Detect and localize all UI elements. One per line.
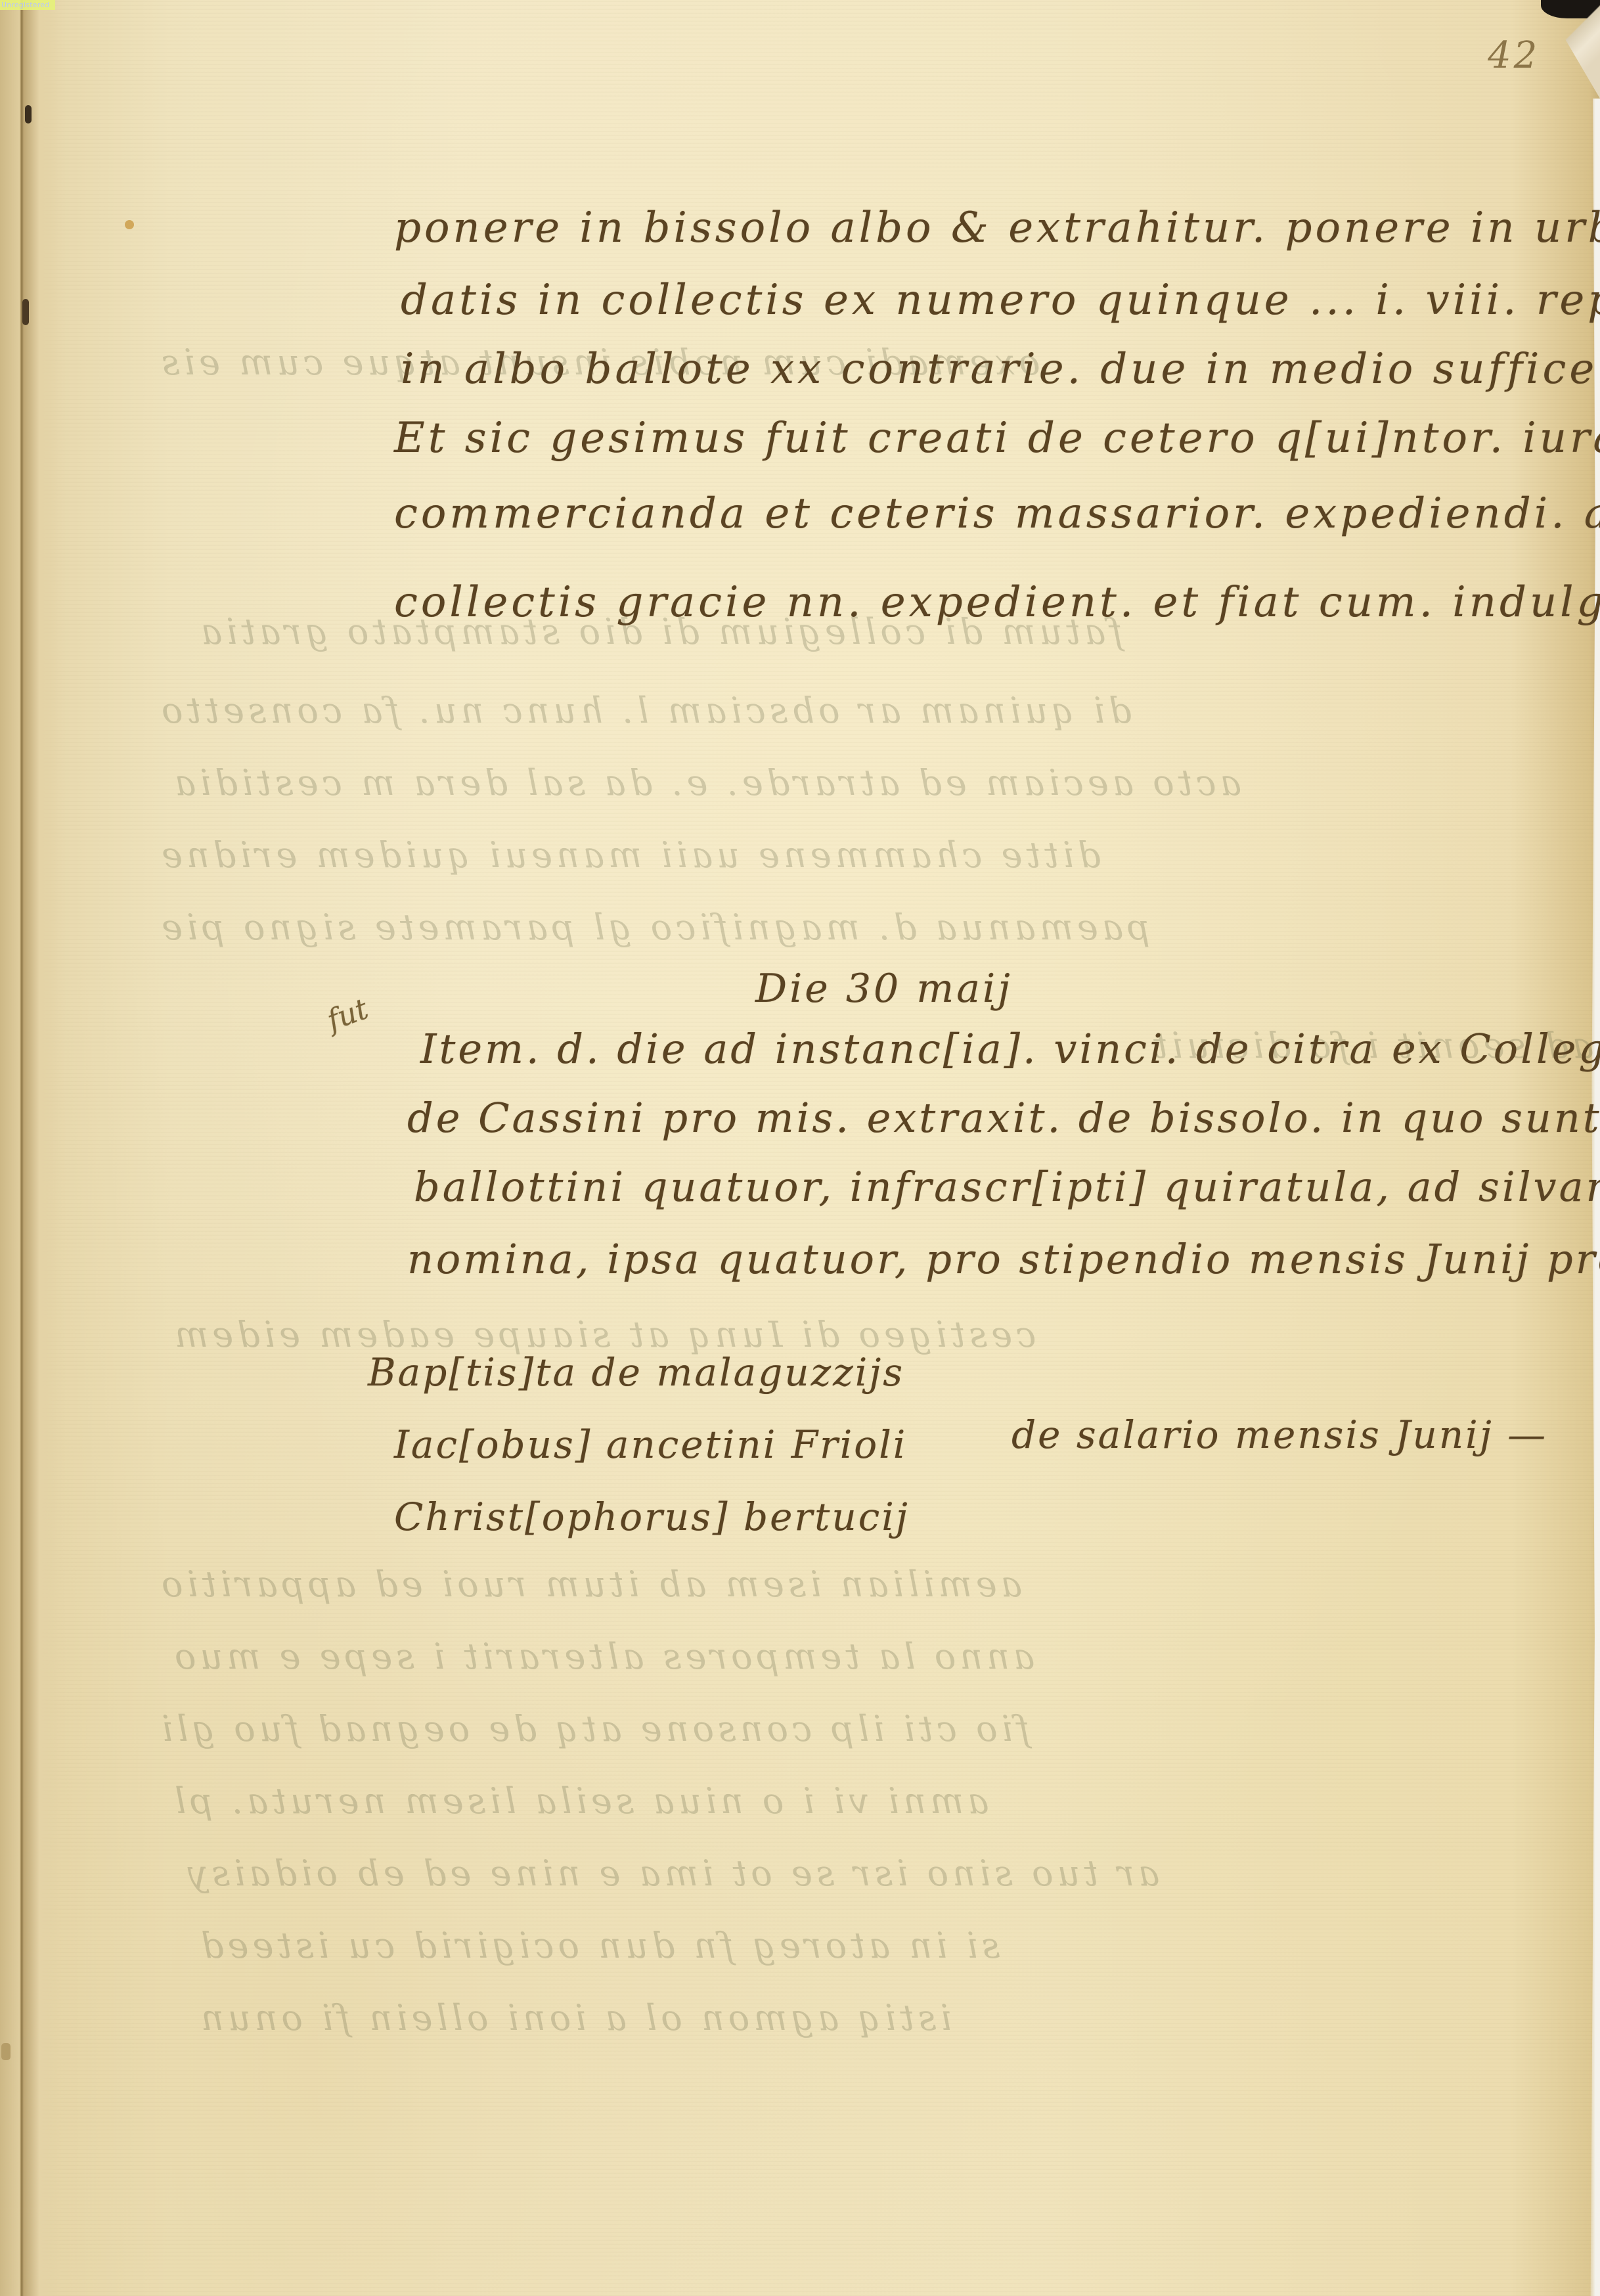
binding-stitch xyxy=(1,2043,11,2060)
binding-stitch xyxy=(22,299,29,325)
bleed-line: ar tuo sino isr se ot ima e nine ed eb o… xyxy=(184,1853,1159,1894)
ink-stain xyxy=(125,220,134,229)
date-heading: Die 30 maij xyxy=(755,966,1013,1012)
manuscript-line: de Cassini pro mis. extraxit. de bissolo… xyxy=(407,1094,1600,1142)
signatory-name: Christ[ophorus] bertucij xyxy=(394,1495,910,1539)
binding-stitch xyxy=(25,105,32,124)
bleed-line: anno la tempores alterarit i sepe e muo xyxy=(171,1636,1034,1677)
bleed-line: ditte chammene uaii maneui quidem eridne xyxy=(158,834,1101,876)
bleed-line: fio cti ilp consone atq de oegnad fuo gl… xyxy=(158,1708,1030,1749)
bleed-line: acto aeciam ed atrarde. e. da sal dera m… xyxy=(171,762,1241,803)
manuscript-line: collectis gracie nn. expedient. et fiat … xyxy=(394,578,1600,627)
signatory-name: Bap[tis]ta de malaguzzijs xyxy=(368,1350,904,1395)
manuscript-line: in albo ballote xx contrarie. due in med… xyxy=(401,345,1600,394)
manuscript-line: ballottini quatuor, infrascr[ipti] quira… xyxy=(414,1163,1600,1211)
signatory-name: Iac[obus] ancetini Frioli xyxy=(394,1422,907,1467)
bleed-line: aemilian isem ab itum ruoi ed apparitio xyxy=(158,1564,1022,1605)
margin-note: fut xyxy=(322,992,372,1037)
manuscript-line: nomina, ipsa quatuor, pro stipendio mens… xyxy=(407,1235,1600,1283)
manuscript-line: datis in collectis ex numero quinque ...… xyxy=(401,276,1600,325)
manuscript-page: oxemadi cum nobis insunt atque cum eis f… xyxy=(0,0,1600,2296)
binding-gutter xyxy=(0,0,66,2296)
bleed-line: amni vi i o niua seila lisem neruta. pl xyxy=(171,1780,989,1822)
folio-number: 42 xyxy=(1488,34,1540,77)
salary-note: de salario mensis Junij — xyxy=(1011,1412,1547,1457)
bleed-line: cestigeo di Iunq at siaupe eadem eidem xyxy=(171,1314,1036,1355)
manuscript-line: ponere in bissolo albo & extrahitur. pon… xyxy=(394,204,1600,252)
manuscript-line: commercianda et ceteris massarior. exped… xyxy=(394,489,1600,538)
bleed-line: paemanua d. magnifico gl paramete signo … xyxy=(158,907,1150,948)
bleed-line: di quinam ar obsciam l. hunc nu. fa cons… xyxy=(158,690,1132,731)
manuscript-line: Et sic gesimus fuit creati de cetero q[u… xyxy=(394,414,1600,462)
bleed-line: istiq agmon ol a ioni ollein fi onun xyxy=(197,1997,952,2038)
unregistered-watermark: Unregistered xyxy=(0,0,55,10)
manuscript-line: Item. d. die ad instanc[ia]. vinci. de c… xyxy=(420,1025,1600,1073)
bleed-line: si in atoreg fn dun ocigirid cu isteed xyxy=(197,1925,1000,1966)
